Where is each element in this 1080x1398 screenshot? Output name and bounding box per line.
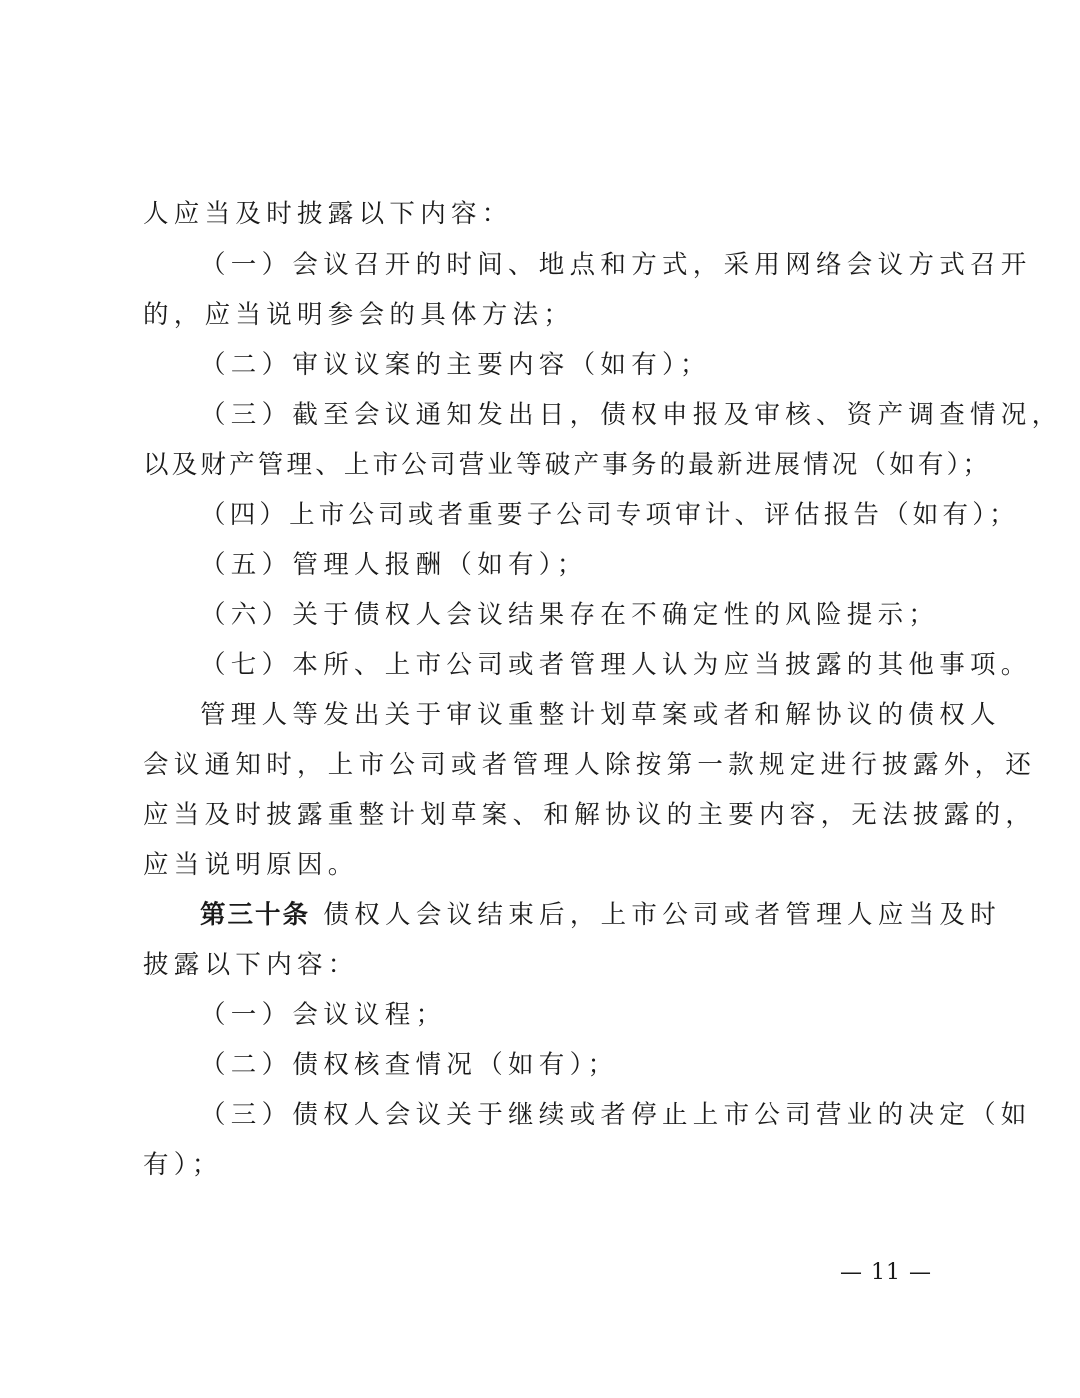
list-item-2: （二）审议议案的主要内容（如有）； <box>200 350 953 380</box>
document-page: 人应当及时披露以下内容： （一）会议召开的时间、地点和方式，采用网络会议方式召开… <box>0 0 1080 1398</box>
list-item-7: （七）本所、上市公司或者管理人认为应当披露的其他事项。 <box>200 650 953 680</box>
list-item-1: （一）会议召开的时间、地点和方式，采用网络会议方式召开 <box>200 250 953 280</box>
paragraph-line: 管理人等发出关于审议重整计划草案或者和解协议的债权人 <box>200 700 953 730</box>
list-item-3: （三）截至会议通知发出日，债权申报及审核、资产调查情况， <box>200 400 953 430</box>
paragraph-line: 人应当及时披露以下内容： <box>143 199 953 229</box>
list-item-6: （六）关于债权人会议结果存在不确定性的风险提示； <box>200 600 953 630</box>
article-heading: 第三十条 <box>200 900 310 930</box>
article-30-item-3-continuation: 有）； <box>143 1150 953 1180</box>
list-item-3-continuation: 以及财产管理、上市公司营业等破产事务的最新进展情况（如有）； <box>143 450 953 480</box>
article-30-item-3: （三）债权人会议关于继续或者停止上市公司营业的决定（如 <box>200 1100 953 1130</box>
paragraph-line: 应当说明原因。 <box>143 850 953 880</box>
article-30-item-2: （二）债权核查情况（如有）； <box>200 1050 953 1080</box>
article-text: 债权人会议结束后，上市公司或者管理人应当及时 <box>310 900 1001 930</box>
paragraph-line: 应当及时披露重整计划草案、和解协议的主要内容，无法披露的， <box>143 800 953 830</box>
list-item-1-continuation: 的，应当说明参会的具体方法； <box>143 300 953 330</box>
page-number: — 11 — <box>840 1258 932 1288</box>
article-30-first-line: 第三十条 债权人会议结束后，上市公司或者管理人应当及时 <box>200 900 953 930</box>
paragraph-line: 会议通知时，上市公司或者管理人除按第一款规定进行披露外，还 <box>143 750 953 780</box>
article-30-item-1: （一）会议议程； <box>200 1000 953 1030</box>
article-30-continuation: 披露以下内容： <box>143 950 953 980</box>
list-item-4: （四）上市公司或者重要子公司专项审计、评估报告（如有）； <box>200 500 953 530</box>
list-item-5: （五）管理人报酬（如有）； <box>200 550 953 580</box>
